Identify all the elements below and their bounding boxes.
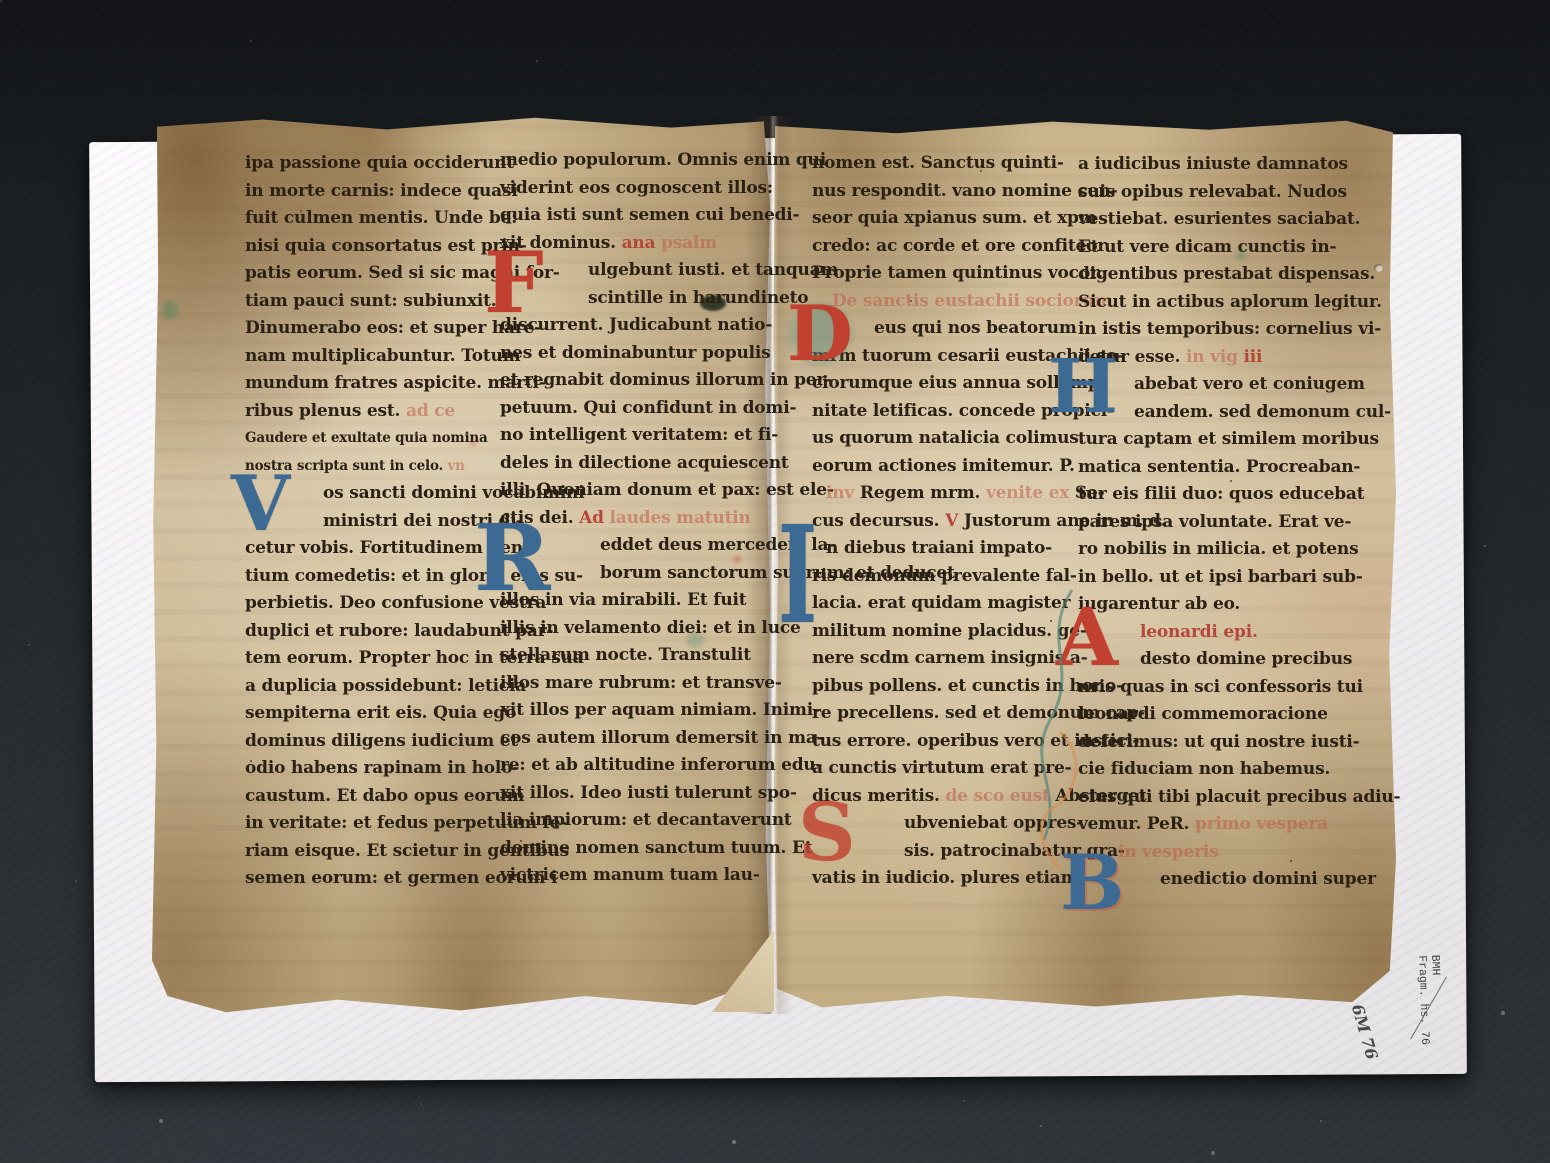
manuscript-text-line: in veritate: et fedus perpetuum fe- xyxy=(245,810,485,838)
manuscript-text-line: leonardi commemoracione xyxy=(1078,701,1326,729)
manuscript-text-line: tium comedetis: et in gloria eius su- xyxy=(245,563,485,591)
ink-text: caustum. Et dabo opus eorum xyxy=(245,786,524,806)
ink-text: tura captam et similem moribus xyxy=(1078,429,1379,449)
manuscript-text-line: petuum. Qui confidunt in domi- xyxy=(500,395,752,423)
manuscript-text-line: Sicut in actibus aplorum legitur. xyxy=(1078,289,1326,317)
manuscript-text-line: Proprie tamen quintinus vocor. xyxy=(812,260,1060,288)
manuscript-text-line: medio populorum. Omnis enim qui xyxy=(500,147,752,175)
ink-text: sempiterna erit eis. Quia ego xyxy=(245,703,516,723)
manuscript-text-line: sempiterna erit eis. Quia ego xyxy=(245,700,485,728)
manuscript-text-line: deles in dilectione acquiescent xyxy=(500,450,752,478)
rubric-text: in vig xyxy=(1180,347,1243,367)
rubric-text: De sanctis eustachii sociorum xyxy=(832,291,1112,311)
rubric-text: in vesperis xyxy=(1118,842,1219,862)
manuscript-text-line: cie fiduciam non habemus. xyxy=(1078,756,1326,784)
ink-text: medio populorum. Omnis enim qui xyxy=(500,150,826,170)
green-stain xyxy=(162,300,178,320)
ink-text: tur eis filii duo: quos educebat xyxy=(1078,484,1364,504)
manuscript-text-line: lacia. erat quidam magister xyxy=(812,590,1060,618)
ink-text: enedictio domini super xyxy=(1160,869,1376,889)
rubric-text: primo vespera xyxy=(1189,814,1328,834)
manuscript-text-line: cos autem illorum demersit in ma- xyxy=(500,725,752,753)
illuminated-initial-v: V xyxy=(231,472,290,537)
manuscript-text-line: odio habens rapinam in holo- xyxy=(245,755,485,783)
ink-text: vestiebat. esurientes saciabat. xyxy=(1078,209,1360,229)
parchment-specks xyxy=(0,0,2,2)
manuscript-text-line: us quorum natalicia colimus. xyxy=(812,425,1060,453)
manuscript-text-line: in istis temporibus: cornelius vi- xyxy=(1078,316,1326,344)
ink-text: pares ipsa voluntate. Erat ve- xyxy=(1078,512,1351,532)
manuscript-text-line: et regnabit dominus illorum in per- xyxy=(500,367,752,395)
manuscript-text-line: nus respondit. vano nomine cen- xyxy=(812,178,1060,206)
ink-text: cus decursus. xyxy=(812,511,939,531)
manuscript-text-line: mundum fratres aspicite. marti- xyxy=(245,370,485,398)
manuscript-text-line: illos mare rubrum: et transve- xyxy=(500,670,752,698)
manuscript-text-line: vestiebat. esurientes saciabat. xyxy=(1078,206,1326,234)
ink-text: no intelligent veritatem: et fi- xyxy=(500,425,778,445)
ink-text: nam multiplicabuntur. Totum xyxy=(245,346,520,366)
ink-text: tiam pauci sunt: subiunxit. xyxy=(245,291,497,311)
manuscript-text-line: a duplicia possidebunt: leticia xyxy=(245,673,485,701)
ink-text: nris quas in sci confessoris tui xyxy=(1078,677,1363,697)
ink-text: credo: ac corde et ore confiteor. xyxy=(812,236,1110,256)
manuscript-text-line: cus decursus. V Justorum ane in m. d. xyxy=(812,508,1060,536)
ink-text: abebat vero et coniugem xyxy=(1134,374,1365,394)
illuminated-initial-s: S xyxy=(798,798,856,866)
illuminated-initial-h: H xyxy=(1048,356,1118,419)
manuscript-text-line: nere scdm carnem insignis a- xyxy=(812,645,1060,673)
ink-text: xit illos per aquam nimiam. Inimi- xyxy=(500,700,820,720)
ink-text: eus qui nos beatorum xyxy=(874,318,1077,338)
ink-text: cos autem illorum demersit in ma- xyxy=(500,728,824,748)
manuscript-text-line: fuit culmen mentis. Unde be: xyxy=(245,205,485,233)
rubric-text: venite ex xyxy=(980,483,1075,503)
ink-text: deferimus: ut qui nostre iusti- xyxy=(1078,732,1359,752)
manuscript-text-line: credo: ac corde et ore confiteor. xyxy=(812,233,1060,261)
ink-text: eius qui tibi placuit precibus adiu- xyxy=(1078,787,1400,807)
ink-text: lia impiorum: et decantaverunt xyxy=(500,810,792,830)
ink-text: Proprie tamen quintinus vocor. xyxy=(812,263,1103,283)
rubric-text: laudes matutin xyxy=(604,508,751,528)
manuscript-text-line: perbietis. Deo confusione vestra xyxy=(245,590,485,618)
rubric-text: vn xyxy=(443,458,465,474)
ink-text: a iudicibus iniuste damnatos xyxy=(1078,154,1348,174)
manuscript-text-line: ris demonum prevalente fal- xyxy=(812,563,1060,591)
manuscript-text-line: dominus diligens iudicium et xyxy=(245,728,485,756)
ink-text: nus respondit. vano nomine cen- xyxy=(812,181,1117,201)
manuscript-text-line: quia isti sunt semen cui benedi- xyxy=(500,202,752,230)
ink-text: in morte carnis: indece quasi xyxy=(245,181,518,201)
ink-text: Et ut vere dicam cunctis in- xyxy=(1078,237,1336,257)
manuscript-text-line: nisi quia consortatus est prin- xyxy=(245,233,485,261)
manuscript-text-line: n diebus traiani impato- xyxy=(812,535,1060,563)
ink-text: Gaudere et exultate quia nomina xyxy=(245,430,488,446)
manuscript-text-line: militum nomine placidus. ge- xyxy=(812,618,1060,646)
ink-text: petuum. Qui confidunt in domi- xyxy=(500,398,796,418)
manuscript-text-line: in morte carnis: indece quasi xyxy=(245,178,485,206)
manuscript-text-line: Gaudere et exultate quia nomina xyxy=(245,425,485,453)
ink-text: matica sententia. Procreaban- xyxy=(1078,457,1360,477)
manuscript-text-line: in bello. ut et ipsi barbari sub- xyxy=(1078,564,1326,592)
ink-text: et regnabit dominus illorum in per- xyxy=(500,370,832,390)
ink-text: domine nomen sanctum tuum. Et xyxy=(500,838,812,858)
manuscript-text-line: tur eis filii duo: quos educebat xyxy=(1078,481,1326,509)
manuscript-text-line: re: et ab altitudine inferorum edu- xyxy=(500,752,752,780)
manuscript-text-line: ipa passione quia occiderunt xyxy=(245,150,485,178)
ink-text: quia isti sunt semen cui benedi- xyxy=(500,205,799,225)
manuscript-text-line: illi. Quoniam donum et pax: est ele- xyxy=(500,477,752,505)
ink-text: in istis temporibus: cornelius vi- xyxy=(1078,319,1381,339)
manuscript-text-line: nitate letificas. concede propici- xyxy=(812,398,1060,426)
rubric-text: V xyxy=(939,511,963,531)
manuscript-text-line: eorum actiones imitemur. P. xyxy=(812,453,1060,481)
ink-text: re: et ab altitudine inferorum edu- xyxy=(500,755,822,775)
manuscript-text-line: victricem manum tuam lau- xyxy=(500,862,752,890)
manuscript-text-line: illis in velamento diei: et in luce xyxy=(500,615,752,643)
illuminated-initial-r: R xyxy=(474,519,550,597)
ink-text: odio habens rapinam in holo- xyxy=(245,758,519,778)
ink-text: eandem. sed demonum cul- xyxy=(1134,402,1391,422)
ink-text: seor quia xpianus sum. et xpm xyxy=(812,208,1097,228)
ink-text: eorum actiones imitemur. P. xyxy=(812,456,1075,476)
ink-text: vemur. PeR. xyxy=(1078,814,1189,834)
rubric-text: iii xyxy=(1244,347,1263,367)
manuscript-text-line: Dinumerabo eos: et super hare- xyxy=(245,315,485,343)
ink-text: ribus plenus est. xyxy=(245,401,400,421)
rubric-text: ad ce xyxy=(400,401,455,421)
ink-text: nomen est. Sanctus quinti- xyxy=(812,153,1064,173)
manuscript-text-line: domine nomen sanctum tuum. Et xyxy=(500,835,752,863)
manuscript-text-line: ribus plenus est. ad ce xyxy=(245,398,485,426)
rubric-text: Ad xyxy=(573,508,603,528)
manuscript-text-line: nes et dominabuntur populis xyxy=(500,340,752,368)
manuscript-text-line: tem eorum. Propter hoc in terra sua xyxy=(245,645,485,673)
ink-text: scintille in harundineto xyxy=(588,288,808,308)
manuscript-text-line: a cunctis virtutum erat pre- xyxy=(812,755,1060,783)
text-column-verso-left: ipa passione quia occideruntin morte car… xyxy=(245,150,485,893)
ink-text: illos mare rubrum: et transve- xyxy=(500,673,782,693)
ink-text: a duplicia possidebunt: leticia xyxy=(245,676,526,696)
ink-text: fuit culmen mentis. Unde be: xyxy=(245,208,517,228)
manuscript-text-line: xit illos per aquam nimiam. Inimi- xyxy=(500,697,752,725)
ink-text: Regem mrm. xyxy=(860,483,980,503)
manuscript-text-line: stellarum nocte. Transtulit xyxy=(500,642,752,670)
ink-text: stellarum nocte. Transtulit xyxy=(500,645,751,665)
manuscript-text-line: nam multiplicabuntur. Totum xyxy=(245,343,485,371)
manuscript-text-line: caustum. Et dabo opus eorum xyxy=(245,783,485,811)
ink-text: leonardi commemoracione xyxy=(1078,704,1328,724)
ink-text: Sicut in actibus aplorum legitur. xyxy=(1078,292,1382,312)
shelfmark-typed-text: BMH Fragm. hs. 76 xyxy=(1415,955,1445,1060)
manuscript-text-line: eius qui tibi placuit precibus adiu- xyxy=(1078,784,1326,812)
ink-text: ulgebunt iusti. et tanquam xyxy=(588,260,838,280)
ink-text: dominus diligens iudicium et xyxy=(245,731,518,751)
manuscript-text-line: nomen est. Sanctus quinti- xyxy=(812,150,1060,178)
ink-text: digentibus prestabat dispensas. xyxy=(1078,264,1375,284)
manuscript-text-line: lia impiorum: et decantaverunt xyxy=(500,807,752,835)
manuscript-text-line: patis eorum. Sed si sic magni for- xyxy=(245,260,485,288)
manuscript-text-line: xit illos. Ideo iusti tulerunt spo- xyxy=(500,780,752,808)
manuscript-text-line: inv Regem mrm. venite ex Se- xyxy=(812,480,1060,508)
manuscript-text-line: deferimus: ut qui nostre iusti- xyxy=(1078,729,1326,757)
illuminated-initial-d: D xyxy=(782,302,858,367)
ink-text: ipa passione quia occiderunt xyxy=(245,153,514,173)
manuscript-text-line: digentibus prestabat dispensas. xyxy=(1078,261,1326,289)
manuscript-text-line: suis opibus relevabat. Nudos xyxy=(1078,179,1326,207)
ink-text: victricem manum tuam lau- xyxy=(500,865,760,885)
manuscript-text-line: no intelligent veritatem: et fi- xyxy=(500,422,752,450)
ink-text: viderint eos cognoscent illos: xyxy=(500,178,773,198)
ink-text: n diebus traiani impato- xyxy=(826,538,1052,558)
illuminated-initial-f: F xyxy=(484,247,544,318)
ink-text: in bello. ut et ipsi barbari sub- xyxy=(1078,567,1363,587)
text-column-verso-right: medio populorum. Omnis enim quividerint … xyxy=(500,147,752,890)
rubric-text: ana xyxy=(616,233,656,253)
manuscript-text-line: vemur. PeR. primo vespera xyxy=(1078,811,1326,839)
illuminated-initial-i: I xyxy=(778,518,817,632)
ink-text: ro nobilis in milicia. et potens xyxy=(1078,539,1358,559)
ink-text: us quorum natalicia colimus. xyxy=(812,428,1084,448)
manuscript-text-line: tiam pauci sunt: subiunxit. xyxy=(245,288,485,316)
rubric-text: psalm xyxy=(655,233,717,253)
text-column-recto-right: a iudicibus iniuste damnatossuis opibus … xyxy=(1078,151,1326,894)
manuscript-text-line: riam eisque. Et scietur in gentibus xyxy=(245,838,485,866)
ink-text: illis in velamento diei: et in luce xyxy=(500,618,801,638)
manuscript-text-line: viderint eos cognoscent illos: xyxy=(500,175,752,203)
ink-text: deles in dilectione acquiescent xyxy=(500,453,789,473)
manuscript-text-line: pibus pollens. et cunctis in hono- xyxy=(812,673,1060,701)
ink-text: xit illos. Ideo iusti tulerunt spo- xyxy=(500,783,797,803)
ink-text: desto domine precibus xyxy=(1140,649,1352,669)
manuscript-text-line: Et ut vere dicam cunctis in- xyxy=(1078,234,1326,262)
manuscript-text-line: tura captam et similem moribus xyxy=(1078,426,1326,454)
shelfmark-label: BMH Fragm. hs. 76 xyxy=(1398,958,1462,1078)
manuscript-text-line: tus errore. operibus vero et iustici- xyxy=(812,728,1060,756)
manuscript-text-line: pares ipsa voluntate. Erat ve- xyxy=(1078,509,1326,537)
manuscript-text-line: a iudicibus iniuste damnatos xyxy=(1078,151,1326,179)
manuscript-photo: ipa passione quia occideruntin morte car… xyxy=(0,0,1550,1163)
manuscript-text-line: seor quia xpianus sum. et xpm xyxy=(812,205,1060,233)
initial-flourish-vine xyxy=(1026,582,1090,882)
rubric-text: leonardi epi. xyxy=(1140,622,1258,642)
manuscript-text-line: semen eorum: et germen eorum i xyxy=(245,865,485,893)
manuscript-text-line: ro nobilis in milicia. et potens xyxy=(1078,536,1326,564)
manuscript-text-line: duplici et rubore: laudabunt par- xyxy=(245,618,485,646)
ink-text: nes et dominabuntur populis xyxy=(500,343,771,363)
manuscript-text-line: re precellens. sed et demonum cap- xyxy=(812,700,1060,728)
parchment-hole xyxy=(1374,264,1383,272)
rubric-text: inv xyxy=(826,483,860,503)
manuscript-text-line: matica sententia. Procreaban- xyxy=(1078,454,1326,482)
ink-text: suis opibus relevabat. Nudos xyxy=(1078,182,1347,202)
text-column-recto-left: nomen est. Sanctus quinti-nus respondit.… xyxy=(812,150,1060,893)
ink-text: cie fiduciam non habemus. xyxy=(1078,759,1330,779)
